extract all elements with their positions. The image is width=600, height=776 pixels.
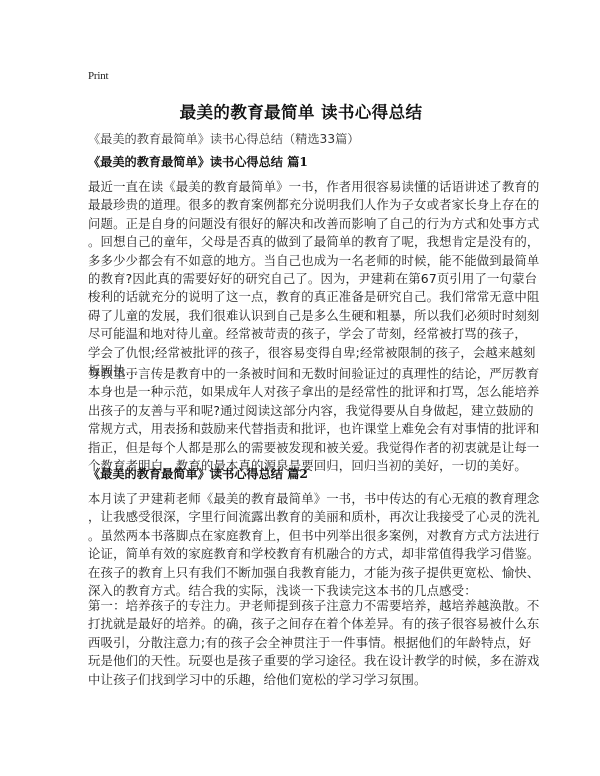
paragraph: 本月读了尹建莉老师《最美的教育最简单》一书，书中传达的有心无痕的教育理念 ，让我… (88, 490, 514, 600)
section-heading-2: 《最美的教育最简单》读书心得总结 篇2 (88, 465, 308, 482)
paragraph-line: 。回想自己的童年，父母是否真的做到了最简单的教育了呢，我想肯定是没有的， (88, 233, 514, 251)
paragraph-line: 多多少少都会有不如意的地方。当自己也成为一名老师的时候，能不能做到最简单 (88, 252, 514, 270)
paragraph-line: 指正，但是每个人都是那么的需要被发现和被关爱。我觉得作者的初衷就是让每一 (88, 439, 514, 457)
paragraph-line: 身教重于言传是教育中的一条被时间和无数时间验证过的真理性的结论，严厉教育 (88, 365, 514, 383)
paragraph-line: 西吸引，分散注意力;有的孩子会全神贯注于一件事情。根据他们的年龄特点，好 (88, 634, 514, 652)
paragraph-line: 问题。正是自身的问题没有很好的解决和改善而影响了自己的行为方式和处事方式 (88, 215, 514, 233)
paragraph: 最近一直在读《最美的教育最简单》一书，作者用很容易读懂的话语讲述了教育的 最最珍… (88, 178, 514, 380)
paragraph-line: 碍了儿童的发展，我们很难认识到自己是多么生硬和粗暴，所以我们必须时时刻刻 (88, 307, 514, 325)
paragraph-line: 常规方式，用表扬和鼓励来代替指责和批评，也许课堂上难免会有对事情的批评和 (88, 420, 514, 438)
paragraph-line: 中让孩子们找到学习中的乐趣，给他们宽松的学习学习氛围。 (88, 671, 514, 689)
paragraph-line: 最最珍贵的道理。很多的教育案例都充分说明我们人作为子女或者家长身上存在的 (88, 196, 514, 214)
print-label[interactable]: Print (88, 70, 108, 82)
paragraph-line: 在孩子的教育上只有我们不断加强自我教育能力，才能为孩子提供更宽松、愉快、 (88, 564, 514, 582)
paragraph-line: 玩是他们的天性。玩耍也是孩子重要的学习途径。我在设计教学的时候，多在游戏 (88, 652, 514, 670)
section-heading-1: 《最美的教育最简单》读书心得总结 篇1 (88, 153, 308, 170)
paragraph-line: ，让我感受很深，字里行间流露出教育的美丽和质朴，再次让我接受了心灵的洗礼 (88, 508, 514, 526)
paragraph-line: 论证，简单有效的家庭教育和学校教育有机融合的方式，却非常值得我学习借鉴。 (88, 545, 514, 563)
paragraph: 第一：培养孩子的专注力。尹老师提到孩子注意力不需要培养，越培养越涣散。不 打扰就… (88, 597, 514, 689)
paragraph-line: 梭利的话就充分的说明了这一点，教育的真正准备是研究自己。我们常常无意中阻 (88, 288, 514, 306)
paragraph-line: 出孩子的友善与平和呢?通过阅读这部分内容，我觉得要从自身做起，建立鼓励的 (88, 402, 514, 420)
document-title: 最美的教育最简单 读书心得总结 (88, 99, 514, 123)
paragraph-line: 的教育?因此真的需要好好的研究自己了。因为，尹建莉在第67页引用了一句蒙台 (88, 270, 514, 288)
paragraph-line: 。虽然两本书落脚点在家庭教育上，但书中列举出很多案例，对教育方式方法进行 (88, 527, 514, 545)
paragraph-line: 学会了仇恨;经常被批评的孩子，很容易变得自卑;经常被限制的孩子，会越来越刻 (88, 344, 514, 362)
paragraph-line: 本月读了尹建莉老师《最美的教育最简单》一书，书中传达的有心无痕的教育理念 (88, 490, 514, 508)
paragraph-line: 尽可能温和地对待儿童。经常被苛责的孩子，学会了苛刻，经常被打骂的孩子， (88, 325, 514, 343)
paragraph-line: 打扰就是最好的培养。的确，孩子之间存在着个体差异。有的孩子很容易被什么东 (88, 615, 514, 633)
paragraph-line: 本身也是一种示范，如果成年人对孩子拿出的是经常性的批评和打骂，怎么能培养 (88, 383, 514, 401)
paragraph-line: 第一：培养孩子的专注力。尹老师提到孩子注意力不需要培养，越培养越涣散。不 (88, 597, 514, 615)
document-subtitle: 《最美的教育最简单》读书心得总结（精选33篇） (88, 130, 359, 147)
paragraph: 身教重于言传是教育中的一条被时间和无数时间验证过的真理性的结论，严厉教育 本身也… (88, 365, 514, 475)
paragraph-line: 最近一直在读《最美的教育最简单》一书，作者用很容易读懂的话语讲述了教育的 (88, 178, 514, 196)
